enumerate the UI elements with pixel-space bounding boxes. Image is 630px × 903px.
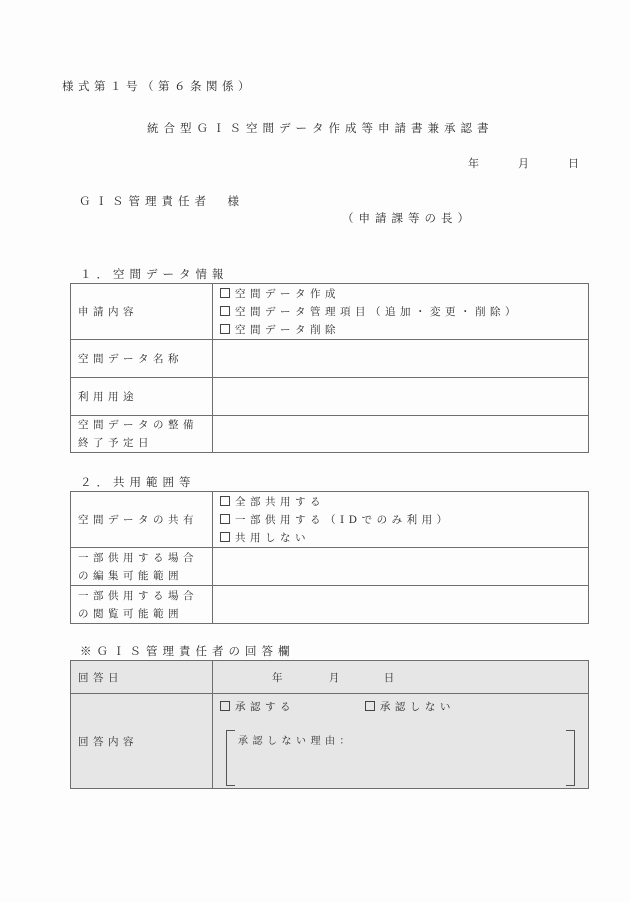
section2-heading: ２．共用範囲等	[80, 474, 196, 490]
reply-table: 回答日 年 月 日 回答内容 承認する 承認しない 承認しない理由：	[70, 660, 589, 789]
checkbox-icon[interactable]	[220, 514, 230, 524]
checkbox-icon[interactable]	[220, 532, 230, 542]
section3-heading: ※ＧＩＳ管理責任者の回答欄	[80, 643, 295, 659]
row-label: 空間データの整備 終了予定日	[71, 416, 213, 453]
rejection-reason-label: 承認しない理由：	[238, 732, 354, 747]
reply-day-label: 日	[384, 672, 399, 684]
date-year-label: 年	[468, 155, 479, 171]
option-approve[interactable]: 承認する	[220, 701, 295, 713]
row-label: 一部供用する場合 の編集可能範囲	[71, 548, 213, 586]
checkbox-icon[interactable]	[220, 324, 230, 334]
section1-heading: １．空間データ情報	[80, 266, 229, 282]
table-row: 一部供用する場合 の編集可能範囲	[71, 548, 589, 586]
row-label: 一部供用する場合 の閲覧可能範囲	[71, 586, 213, 624]
option-share-all[interactable]: 全部共用する	[220, 493, 581, 511]
editable-scope-field[interactable]	[213, 548, 589, 586]
option-no-share[interactable]: 共用しない	[220, 529, 581, 547]
sharing-options: 全部共用する 一部供用する（IDでのみ利用） 共用しない	[213, 492, 589, 548]
viewable-scope-field[interactable]	[213, 586, 589, 624]
table-row: 回答内容 承認する 承認しない 承認しない理由：	[71, 694, 589, 789]
row-label: 回答日	[71, 661, 213, 694]
reply-year-label: 年	[272, 672, 287, 684]
usage-purpose-field[interactable]	[213, 378, 589, 416]
row-label: 回答内容	[71, 694, 213, 789]
reply-date-field[interactable]: 年 月 日	[213, 661, 589, 694]
row-label: 利用用途	[71, 378, 213, 416]
sharing-scope-table: 空間データの共有 全部共用する 一部供用する（IDでのみ利用） 共用しない 一部…	[70, 491, 589, 624]
row-label: 申請内容	[71, 284, 213, 340]
option-manage-items[interactable]: 空間データ管理項目（追加・変更・削除）	[220, 303, 581, 321]
checkbox-icon[interactable]	[220, 288, 230, 298]
table-row: 一部供用する場合 の閲覧可能範囲	[71, 586, 589, 624]
table-row: 申請内容 空間データ作成 空間データ管理項目（追加・変更・削除） 空間データ削除	[71, 284, 589, 340]
table-row: 利用用途	[71, 378, 589, 416]
option-delete-data[interactable]: 空間データ削除	[220, 321, 581, 339]
checkbox-icon[interactable]	[220, 701, 230, 711]
table-row: 空間データの共有 全部共用する 一部供用する（IDでのみ利用） 共用しない	[71, 492, 589, 548]
row-label: 空間データの共有	[71, 492, 213, 548]
date-month-label: 月	[518, 155, 529, 171]
checkbox-icon[interactable]	[220, 306, 230, 316]
rejection-reason-field[interactable]: 承認しない理由：	[220, 730, 581, 786]
document-title: 統合型ＧＩＳ空間データ作成等申請書兼承認書	[147, 120, 494, 136]
row-label: 空間データ名称	[71, 340, 213, 378]
table-row: 回答日 年 月 日	[71, 661, 589, 694]
option-create-data[interactable]: 空間データ作成	[220, 285, 581, 303]
completion-date-field[interactable]	[213, 416, 589, 453]
reply-month-label: 月	[329, 672, 344, 684]
spatial-data-info-table: 申請内容 空間データ作成 空間データ管理項目（追加・変更・削除） 空間データ削除…	[70, 283, 589, 453]
right-bracket-icon	[566, 730, 575, 786]
data-name-field[interactable]	[213, 340, 589, 378]
table-row: 空間データの整備 終了予定日	[71, 416, 589, 453]
form-number: 様式第１号（第６条関係）	[62, 78, 254, 94]
date-day-label: 日	[568, 155, 579, 171]
checkbox-icon[interactable]	[220, 496, 230, 506]
checkbox-icon[interactable]	[365, 701, 375, 711]
addressee: ＧＩＳ管理責任者 様	[79, 193, 244, 209]
table-row: 空間データ名称	[71, 340, 589, 378]
application-content-options: 空間データ作成 空間データ管理項目（追加・変更・削除） 空間データ削除	[213, 284, 589, 340]
option-reject[interactable]: 承認しない	[365, 701, 455, 713]
left-bracket-icon	[226, 730, 235, 786]
option-share-partial[interactable]: 一部供用する（IDでのみ利用）	[220, 511, 581, 529]
reply-content-cell: 承認する 承認しない 承認しない理由：	[213, 694, 589, 789]
applicant-title: （申請課等の長）	[342, 210, 474, 226]
